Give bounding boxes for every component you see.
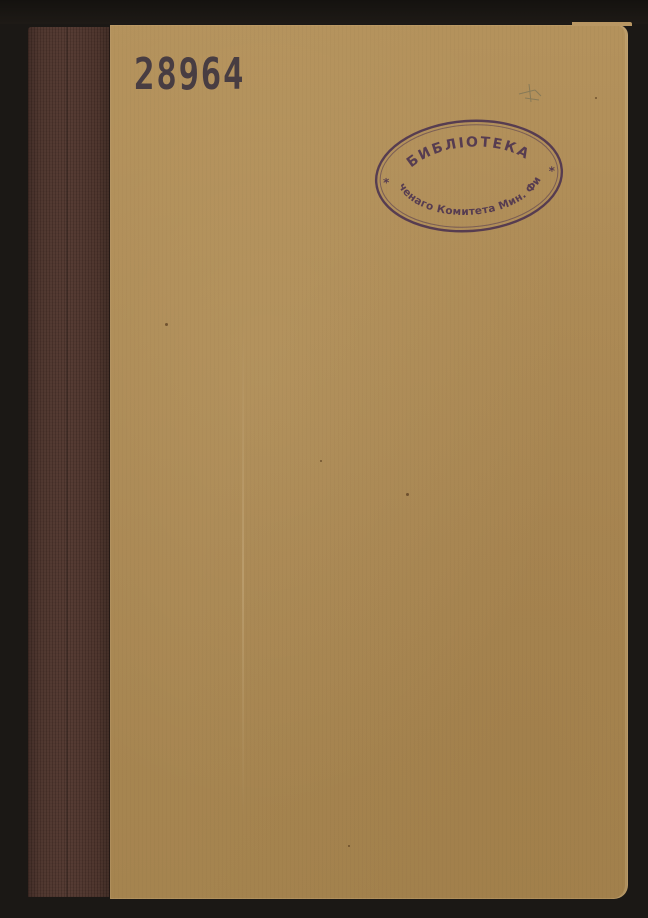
cover-edge-tab xyxy=(572,22,632,26)
paper-speck xyxy=(406,493,409,496)
paper-crease xyxy=(242,325,244,825)
stamp-top-text: БИБЛIОТЕКА xyxy=(403,130,534,171)
cloth-spine xyxy=(28,27,110,897)
paper-speck xyxy=(595,97,597,99)
pencil-mark-icon xyxy=(515,80,551,110)
stamp-star-right: * xyxy=(548,164,556,178)
paper-cover: 28964 БИБЛIОТЕКА Ученаго Комитета Мин. Ф… xyxy=(110,25,628,899)
book: 28964 БИБЛIОТЕКА Ученаго Комитета Мин. Ф… xyxy=(26,25,630,899)
svg-text:БИБЛIОТЕКА: БИБЛIОТЕКА xyxy=(403,130,534,171)
stamp-star-left: * xyxy=(383,176,391,190)
scan-background-top xyxy=(0,0,648,24)
oval-stamp-icon: БИБЛIОТЕКА Ученаго Комитета Мин. Фин. * … xyxy=(368,110,570,241)
accession-number: 28964 xyxy=(134,53,245,97)
paper-speck xyxy=(320,460,322,462)
spine-fold-line xyxy=(66,27,68,897)
paper-speck xyxy=(165,323,168,326)
library-stamp: БИБЛIОТЕКА Ученаго Комитета Мин. Фин. * … xyxy=(368,110,570,241)
paper-speck xyxy=(348,845,350,847)
